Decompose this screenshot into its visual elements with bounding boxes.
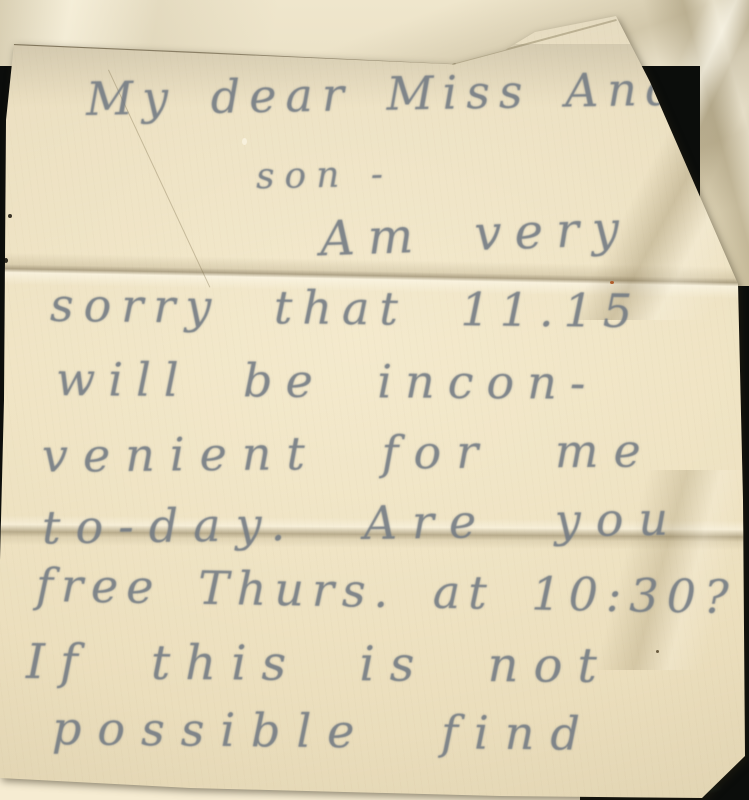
letter-line-3: Am very (319, 205, 633, 264)
letter-line-10: possible find (52, 705, 596, 757)
letter-sheet-wrapper: My dear Miss Ander- son - Am very sorry … (0, 0, 749, 800)
letter-line-7: to-day. Are you (42, 496, 684, 551)
letter-line-1: My dear Miss Ander- (86, 64, 749, 122)
letter-line-9: If this is not (26, 638, 612, 690)
letter-sheet: My dear Miss Ander- son - Am very sorry … (0, 0, 749, 800)
scanned-letter-photo: My dear Miss Ander- son - Am very sorry … (0, 0, 749, 800)
letter-line-5: will be incon- (56, 356, 599, 406)
letter-line-8: free Thurs. at 10:30? (36, 562, 737, 620)
letter-line-4: sorry that 11.15 (50, 282, 643, 334)
letter-line-2: son - (256, 157, 394, 195)
handwriting-layer: My dear Miss Ander- son - Am very sorry … (0, 0, 749, 800)
letter-line-6: venient for me (42, 427, 656, 478)
